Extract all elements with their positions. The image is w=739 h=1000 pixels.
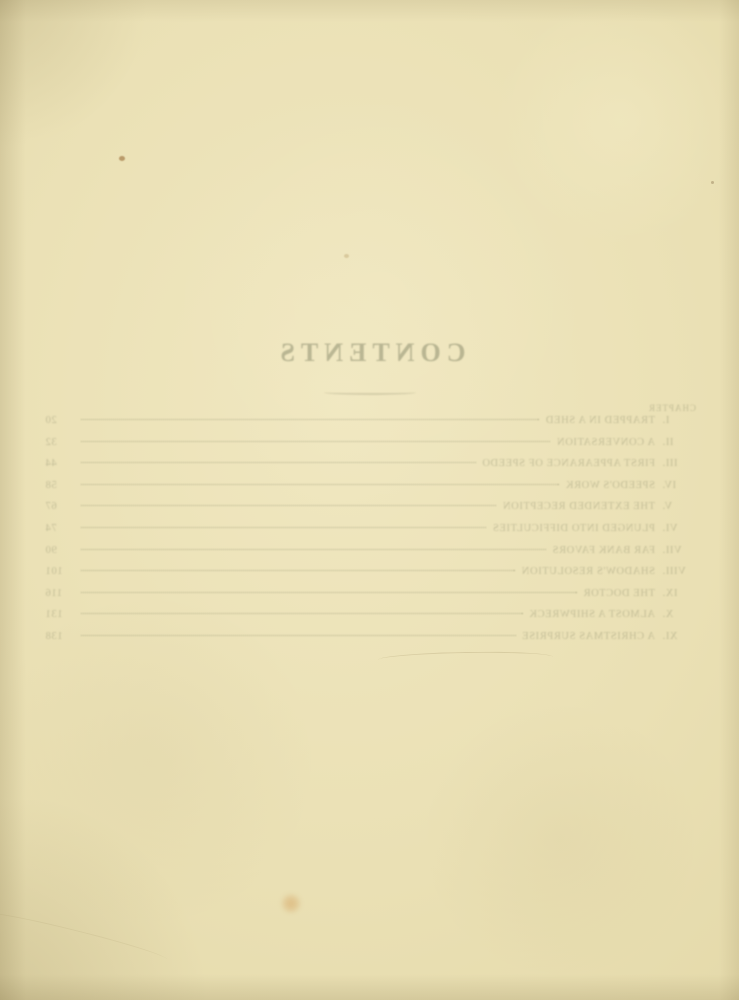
paper-crease [0, 907, 169, 966]
chapter-numeral: II. [662, 437, 696, 448]
chapter-title: A Christmas Surprise [522, 631, 655, 642]
chapter-title: The Extended Reception [502, 501, 655, 512]
contents-entry-row: I. Trapped in a Shed 20 [45, 415, 696, 437]
chapter-title: Far Bank Favors [552, 545, 655, 556]
contents-entry-row: IX. The Doctor 116 [45, 588, 696, 610]
chapter-numeral: VI. [662, 523, 696, 534]
page-number: 58 [45, 480, 75, 491]
dot-leader [81, 635, 516, 636]
contents-entry-row: XI. A Christmas Surprise 138 [45, 631, 696, 653]
dot-leader [81, 549, 546, 550]
chapter-title: Almost a Shipwreck [529, 609, 655, 620]
contents-entry-row: X. Almost a Shipwreck 131 [45, 609, 696, 631]
page-edge-shade-top [0, 0, 739, 22]
dot-leader [81, 462, 476, 463]
page-number: 90 [45, 545, 75, 556]
chapter-numeral: IV. [662, 480, 696, 491]
contents-entry-row: V. The Extended Reception 67 [45, 501, 696, 523]
contents-entry-row: VIII. Shadow's Resolution 101 [45, 566, 696, 588]
page-number: 74 [45, 523, 75, 534]
dot-leader [81, 441, 550, 442]
page-number: 44 [45, 458, 75, 469]
chapter-numeral: XI. [662, 631, 696, 642]
page-edge-shade-right [719, 0, 739, 1000]
page-number: 131 [45, 609, 75, 620]
chapter-numeral: IX. [662, 588, 696, 599]
contents-heading: CONTENTS [30, 338, 710, 368]
chapter-numeral: X. [662, 609, 696, 620]
contents-entry-row: III. First Appearance of Speedo 44 [45, 458, 696, 480]
contents-entry-row: IV. Speedo's Work 58 [45, 480, 696, 502]
foxing-spot [711, 181, 714, 184]
contents-entry-row: VI. Plunged into Difficulties 74 [45, 523, 696, 545]
page-corner-shade [0, 800, 220, 1000]
contents-entry-row: II. A Conversation 32 [45, 437, 696, 459]
foxing-spot [344, 254, 349, 258]
dot-leader [81, 505, 496, 506]
chapter-numeral: I. [662, 415, 696, 426]
page-number: 138 [45, 631, 75, 642]
dot-leader [81, 484, 559, 485]
page-number: 101 [45, 566, 75, 577]
foxing-spot [281, 894, 301, 913]
page-number: 116 [45, 588, 75, 599]
chapter-title: Speedo's Work [565, 480, 655, 491]
page-number: 20 [45, 415, 75, 426]
page-number: 67 [45, 501, 75, 512]
foxing-spot [119, 156, 125, 161]
page-corner-shade [0, 0, 150, 150]
chapter-title: The Doctor [583, 588, 655, 599]
chapter-column-label: CHAPTER [30, 403, 696, 413]
dot-leader [81, 419, 539, 420]
dot-leader [81, 613, 523, 614]
dot-leader [81, 527, 486, 528]
show-through-contents: CONTENTS CHAPTER I. Trapped in a Shed 20… [30, 330, 710, 653]
page-edge-shade-bottom [0, 974, 739, 1000]
scanned-book-page: CONTENTS CHAPTER I. Trapped in a Shed 20… [0, 0, 739, 1000]
page-edge-shade-left [0, 0, 26, 1000]
chapter-title: Trapped in a Shed [545, 415, 655, 426]
heading-flourish [324, 390, 416, 395]
paper-crease [378, 650, 553, 666]
chapter-title: Plunged into Difficulties [492, 523, 655, 534]
dot-leader [81, 592, 577, 593]
chapter-title: Shadow's Resolution [521, 566, 655, 577]
page-number: 32 [45, 437, 75, 448]
chapter-numeral: III. [662, 458, 696, 469]
chapter-numeral: VIII. [662, 566, 696, 577]
dot-leader [81, 570, 515, 571]
contents-entry-row: VII. Far Bank Favors 90 [45, 545, 696, 567]
contents-entries: I. Trapped in a Shed 20 II. A Conversati… [30, 415, 710, 653]
chapter-title: First Appearance of Speedo [482, 458, 655, 469]
chapter-numeral: VII. [662, 545, 696, 556]
chapter-numeral: V. [662, 501, 696, 512]
chapter-title: A Conversation [556, 437, 655, 448]
